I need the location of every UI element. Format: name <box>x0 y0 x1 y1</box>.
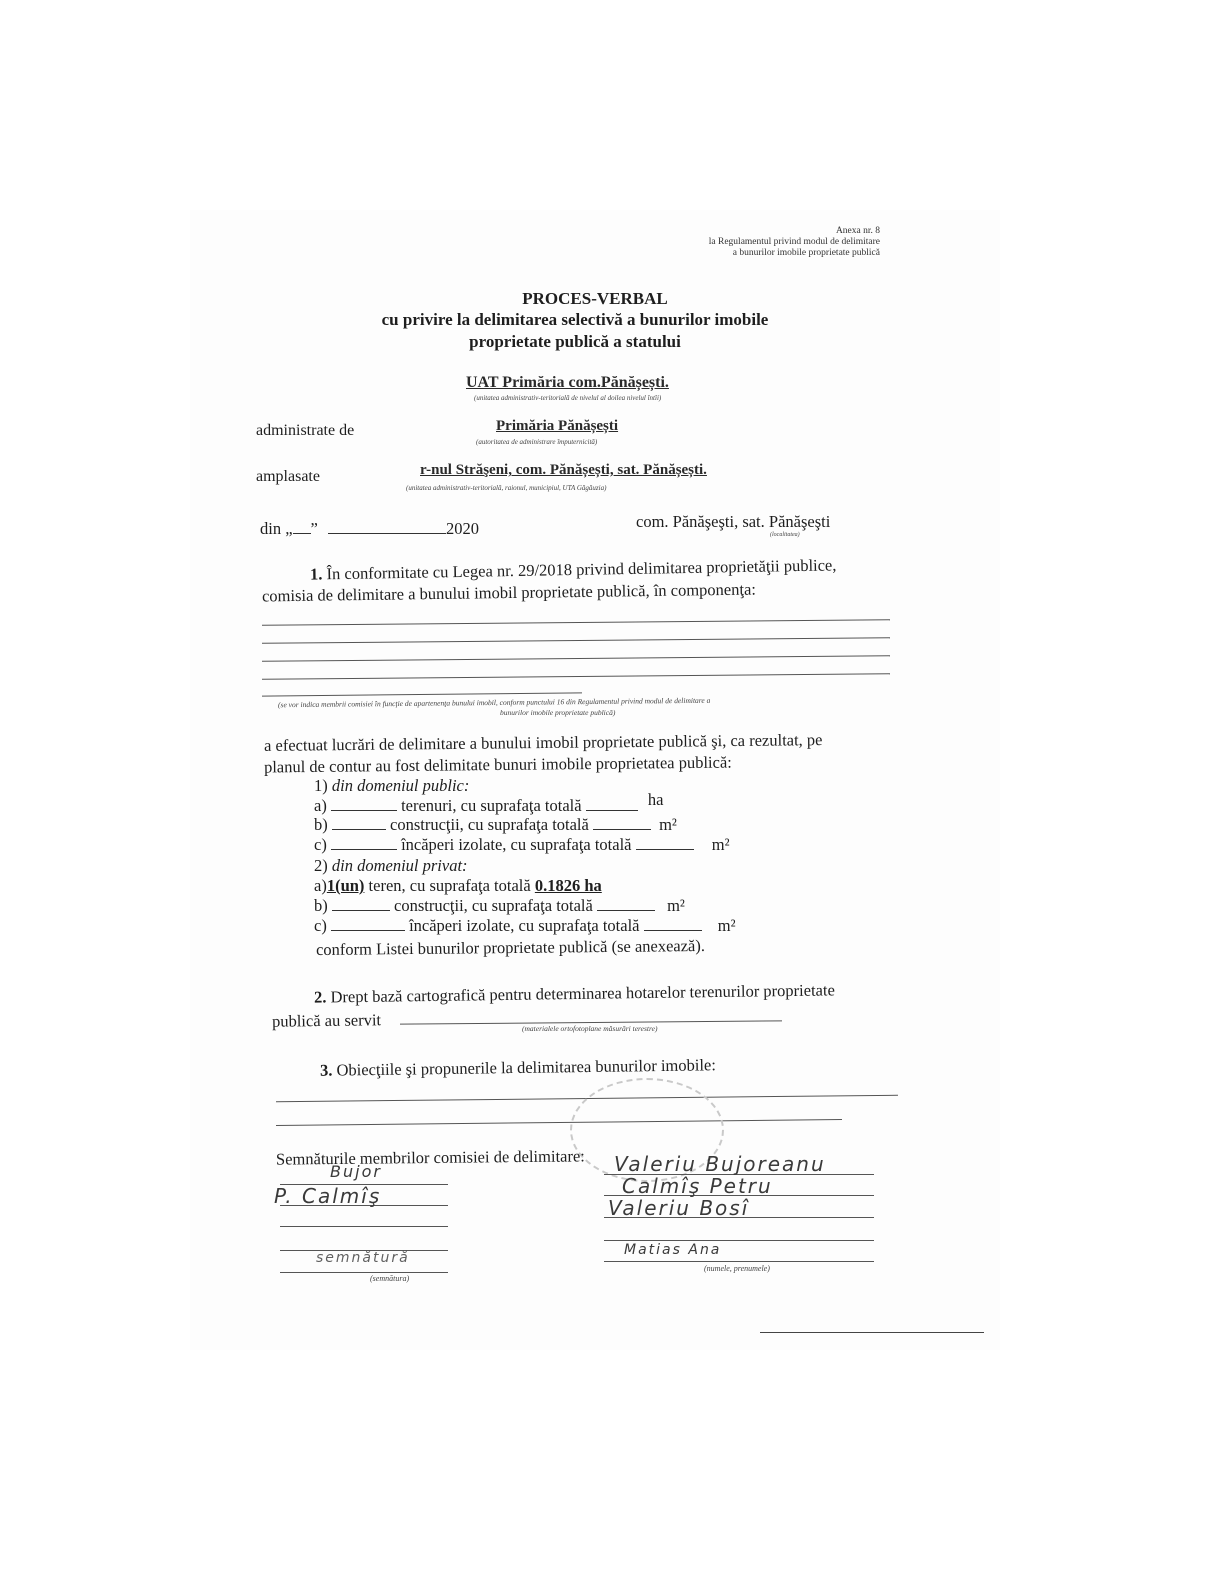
private-item-a: a)1(un) teren, cu suprafaţa totală 0.182… <box>314 876 602 896</box>
date-day-close: ” <box>311 519 318 538</box>
administered-caption: (autoritatea de administrare împuternici… <box>476 438 597 446</box>
result-line1: a efectuat lucrări de delimitare a bunul… <box>264 730 823 756</box>
private-domain-heading: 2) din domeniul privat: <box>314 856 468 876</box>
administered-value: Primăria Pănășești <box>496 418 618 435</box>
bottom-right-line <box>760 1332 984 1333</box>
date-month-blank <box>328 519 446 534</box>
public-domain-heading: 1) din domeniul public: <box>314 776 469 796</box>
objections-line-2[interactable] <box>276 1119 842 1126</box>
name-1: Valeriu Bujoreanu <box>614 1152 826 1176</box>
commission-member-line-1[interactable] <box>262 619 890 625</box>
signature-line-3[interactable] <box>280 1226 448 1227</box>
date-year: 2020 <box>446 519 479 538</box>
document-subtitle-1: cu privire la delimitarea selectivă a bu… <box>170 309 980 330</box>
administered-label: administrate de <box>256 422 354 440</box>
name-line-4[interactable] <box>604 1240 874 1241</box>
commission-member-line-2[interactable] <box>262 637 890 643</box>
commission-member-line-5[interactable] <box>262 692 582 696</box>
public-b-count-field[interactable] <box>332 815 386 830</box>
public-b-area-field[interactable] <box>593 815 651 830</box>
name-3: Valeriu Bosî <box>608 1196 749 1220</box>
located-label: amplasate <box>256 468 320 486</box>
name-caption: (numele, prenumele) <box>704 1264 770 1273</box>
signature-caption: (semnătura) <box>370 1274 409 1283</box>
section1-line1: 1. În conformitate cu Legea nr. 29/2018 … <box>310 555 837 584</box>
private-item-b: b) construcţii, cu suprafaţa totală m² <box>314 896 685 916</box>
commission-caption-1: (se vor indica membrii comisiei în funcţ… <box>278 696 710 710</box>
cartographic-caption: (materialele ortofotoplane măsurări tere… <box>522 1024 657 1033</box>
private-item-c: c) încăperi izolate, cu suprafaţa totală… <box>314 916 736 936</box>
signatures-heading: Semnăturile membrilor comisiei de delimi… <box>276 1146 585 1169</box>
document-subtitle-2: proprietate publică a statului <box>170 331 980 352</box>
signature-1: Bujor <box>330 1162 382 1181</box>
located-caption: (unitatea administrativ-teritorială, rai… <box>406 484 606 492</box>
signature-2: P. Calmîş <box>274 1184 381 1208</box>
commission-member-line-4[interactable] <box>262 673 890 679</box>
section2-line2: publică au servit <box>272 1010 381 1032</box>
annex-number: Anexa nr. 8 <box>709 226 880 237</box>
section1-number: 1. <box>310 564 323 583</box>
name-line-5[interactable] <box>604 1261 874 1262</box>
public-a-area-field[interactable] <box>586 796 638 811</box>
public-c-area-field[interactable] <box>636 835 694 850</box>
name-5: Matias Ana <box>624 1242 721 1258</box>
signature-line-5[interactable] <box>280 1272 448 1273</box>
result-line2: planul de contur au fost delimitate bunu… <box>264 753 732 778</box>
public-a-count-field[interactable] <box>331 796 397 811</box>
document-page: Anexa nr. 8 la Regulamentul privind modu… <box>190 210 1000 1350</box>
commission-member-line-3[interactable] <box>262 655 890 661</box>
annex-reference: Anexa nr. 8 la Regulamentul privind modu… <box>709 226 880 259</box>
annex-note: conform Listei bunurilor proprietate pub… <box>316 936 705 960</box>
located-value: r-nul Străşeni, com. Pănășești, sat. Păn… <box>420 462 707 479</box>
name-2: Calmîş Petru <box>622 1174 773 1198</box>
private-b-area-field[interactable] <box>597 896 655 911</box>
date-prefix: din „ <box>260 519 293 538</box>
private-c-count-field[interactable] <box>331 916 405 931</box>
locality-caption: (localitatea) <box>770 532 800 538</box>
private-a-area-value: 0.1826 ha <box>535 876 602 895</box>
commission-caption-2: bunurilor imobile proprietate publică) <box>500 708 615 717</box>
annex-line2: la Regulamentul privind modul de delimit… <box>709 237 880 248</box>
date-line: din „” 2020 <box>260 519 479 539</box>
private-c-area-field[interactable] <box>644 916 702 931</box>
date-locality: com. Pănăşeşti, sat. Pănăşeşti <box>636 512 830 532</box>
public-c-count-field[interactable] <box>331 835 397 850</box>
private-a-count-value: 1(un) <box>327 876 365 895</box>
uat-value: UAT Primăria com.Pănășești. <box>466 374 669 392</box>
public-item-a: a) terenuri, cu suprafaţa totală ha <box>314 796 663 816</box>
annex-line3: a bunurilor imobile proprietate publică <box>709 248 880 259</box>
private-b-count-field[interactable] <box>332 896 390 911</box>
public-item-b: b) construcţii, cu suprafaţa totală m² <box>314 815 677 835</box>
uat-caption: (unitatea administrativ-teritorială de n… <box>474 394 661 402</box>
public-item-c: c) încăperi izolate, cu suprafaţa totală… <box>314 835 730 855</box>
section2-line1: 2. Drept bază cartografică pentru determ… <box>314 980 835 1007</box>
date-day-blank <box>293 519 311 534</box>
section3-line: 3. Obiecţiile şi propunerile la delimita… <box>320 1055 716 1081</box>
document-title: PROCES-VERBAL <box>190 288 1000 309</box>
signature-5: semnătură <box>316 1250 410 1266</box>
